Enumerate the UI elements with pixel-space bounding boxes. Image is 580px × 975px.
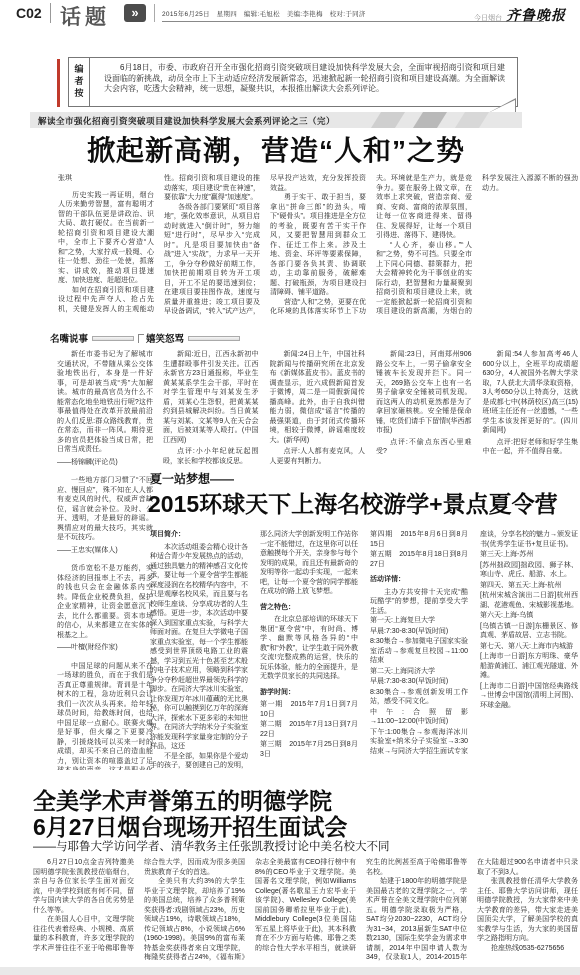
blk-head: 游学时间：: [260, 688, 358, 698]
date-line: 2015年6月25日 星期四 编辑:毛旭松 美编:李艳梅 校对:于同济: [162, 9, 366, 18]
xixiao-columns: 新闻:近日，江西永新初中生遭群殴事件引发关注。江西永新官方23日通报称，毕业生黄…: [163, 350, 578, 471]
blk-line: 第一期 2015年7月1日到7月10日: [260, 700, 358, 719]
blk-line: 第二期 2015年7月13日到7月22日: [260, 720, 358, 739]
q-author: ——杨锦麟(评论员): [57, 458, 151, 468]
section-head-label: 名嘴说事: [50, 331, 88, 345]
blk-line: 第三期 2015年7月25日到8月3日: [260, 740, 358, 759]
item-comment: 点评:不偷点东西心里难受?: [376, 438, 472, 457]
main-headline: 掀起新高潮，营造“人和”之势: [30, 129, 522, 169]
blk-line: 中午:合照留影→11:00~12:00(中饭时间): [370, 708, 468, 727]
bracket-corner-icon: [138, 334, 144, 343]
mingzui-column: 新任市委书记为了解城市交通状况，不带随从乘公交体验地铁出行，本身是一件好事，可是…: [57, 350, 153, 770]
blk-line: 第七天、第八天:上海市内城游: [480, 642, 578, 652]
blk-line: 8:30集合→参观创新发明工作站，感受不同文化。: [370, 688, 468, 707]
accent-red-line: [57, 59, 60, 107]
page-number: C02: [16, 5, 42, 21]
camp-columns: 项目简介：本次活动组委会精心设计各种适合青少年发展热点的活动，通过独具魅力的精神…: [150, 530, 578, 773]
bottom-article-columns: 6月27日10点金吉列特邀美国明德学院张凯教授莅临烟台，亲自与各位家长学生面对面…: [33, 858, 578, 968]
item-comment: 点评:小小年纪就玩起围殴，家长和学校都该反思。: [163, 447, 259, 466]
editor-note-text: 6月18日，市委、市政府召开全市强化招商引资突破项目建设加快科学发展大会，全面审…: [90, 58, 517, 106]
item-news: 新闻:24日上午，中国社科院新闻与传播研究所在北京发布《新媒体蓝皮书》。蓝皮书的…: [270, 350, 366, 445]
q-author: ——王忠实(媒体人): [57, 546, 151, 556]
masthead-paper-name: 齐鲁晚报: [506, 8, 566, 24]
blk-text: 主办方共安排十天完成“酷玩酷学”的梦想，提前享受大学生活。: [370, 588, 468, 617]
kicker-text: 解读全市强化招商引资突破项目建设加快科学发展大会系列评论之三（完）: [38, 115, 335, 127]
blk-line: 第三天:上海-苏州: [480, 550, 578, 560]
para: 张凯教授曾任清华大学教务主任、耶鲁大学访问讲师，现任明德学院教授，为大家带来中美…: [477, 877, 578, 944]
kicker-bar: 解读全市强化招商引资突破项目建设加快科学发展大会系列评论之三（完）: [30, 112, 522, 128]
section-title: 话题: [60, 1, 110, 31]
blk-line: 第一天:上海复旦大学: [370, 616, 468, 626]
masthead-region: 今日烟台: [474, 15, 502, 22]
q-text: 中国足球的问题从来不在一场球的胜负，而在于我们是否真正尊重规律。青训是十年树木的…: [57, 662, 153, 771]
blk-head: 项目简介：: [150, 530, 248, 540]
blk-line: [乌镇古镇一日游]东栅景区、修真观、茅盾故居、立志书院。: [480, 622, 578, 641]
item-comment: 点评:把好老师和好学生集中在一起，并不值得自豪。: [483, 438, 579, 457]
editor-note-label: 编者按: [73, 64, 86, 100]
kicker-stripe: [371, 112, 405, 128]
newspaper-page: C02 话题 » 2015年6月25日 星期四 编辑:毛旭松 美编:李艳梅 校对…: [0, 0, 580, 975]
camp-kicker-label: 夏一站梦想——: [150, 470, 234, 487]
blk-line: 第六天:上海-乌镇: [480, 611, 578, 621]
byline: 张琪: [58, 174, 154, 184]
blk-line: [苏州拙政园]拙政园、狮子林、寒山寺、虎丘、船游、水上。: [480, 561, 578, 580]
para: 抢座热线0535-6275656: [477, 944, 578, 954]
item-comment: 点评:人人都有麦克风，人人更要有判断力。: [270, 447, 366, 466]
para: 勇于实干、敢于担当，要拿出“拼命三郎”的劲头，啃下“硬骨头”。项目推进是全方位的…: [270, 193, 366, 298]
blk-line: [上海市二日游]中国馆经典路线→世博会中国馆(清明上河图)、环球金融。: [480, 682, 578, 711]
blk-head: 活动详情：: [370, 575, 468, 585]
section-head-rule: [188, 336, 240, 341]
para: 历史实践一再证明，烟台人历来勤劳智慧，富有聪明才智的干部队伍更是讲政治、识大局、…: [58, 191, 154, 286]
blk-line: [上海市一日游]东方明珠、豪华船游黄浦江、浦江观光隧道、外滩。: [480, 652, 578, 681]
section-head-label: 嬉笑怒骂: [146, 331, 184, 345]
item-news: 新闻:近日，江西永新初中生遭群殴事件引发关注。江西永新官方23日通报称，毕业生黄…: [163, 350, 259, 445]
section-head-xixiao: 嬉笑怒骂: [138, 331, 240, 345]
q-text: 一些地方部门习惯了“不回应、慢回应”，殊不知在人人都有麦克风的时代，权威声音缺位…: [57, 476, 153, 543]
q-text: 货币宽松不是万能药，实体经济的回报率上不去，再多的钱也只会在金融体系内空转。降低…: [57, 564, 153, 640]
editor-note-box: 编者按 6月18日，市委、市政府召开全市强化招商引资突破项目建设加快科学发展大会…: [68, 57, 518, 107]
blk-line: 早晨:7:30-8:30(早饭时间): [370, 677, 468, 687]
q-author: ——叶檀(财经作家): [57, 643, 151, 653]
blk-line: 第二天:上海同济大学: [370, 667, 468, 677]
camp-headline: 2015环球天下上海名校游学+景点夏令营: [148, 486, 558, 519]
blk-line: [杭州宋城含演出二日游]杭州西湖、花港观鱼、宋城影视基地。: [480, 591, 578, 610]
blk-line: 第四天、第五天:上海-杭州: [480, 581, 578, 591]
header-divider: [50, 3, 51, 23]
item-news: 新闻:23日，河南郑州906路公交车上，一男子偷拿安全锤被车长发现并拦下。同一天…: [376, 350, 472, 436]
page-edge-shadow: [0, 967, 580, 975]
masthead: 今日烟台齐鲁晚报: [474, 5, 566, 25]
header-divider: [154, 4, 155, 22]
blk-line: 第五期 2015年8月18日到8月27日: [370, 550, 468, 569]
blk-head: 营之特色：: [260, 603, 358, 613]
kicker-stripe: [413, 112, 447, 128]
blk-line: 第四期 2015年8月6日到8月15日: [370, 530, 468, 549]
blk-line: 8:30集合→参加微电子国家实验室活动→参观复旦校园→11:00结束: [370, 637, 468, 666]
blk-line: 早晨:7:30-8:30(早饭时间): [370, 627, 468, 637]
bottom-subheadline: ——与耶鲁大学访问学者、清华教务主任张凯教授讨论中美名校大不同: [33, 838, 390, 854]
para: 6月27日10点金吉列特邀美国明德学院张凯教授莅临烟台，亲自与各位家长学生面对面…: [33, 858, 134, 915]
blk-text: 在北京总部培训的环球天下集团“夏令营”中，有时尚、博学、幽默等风格各异的“中教”…: [260, 615, 358, 682]
q-text: 新任市委书记为了解城市交通状况，不带随从乘公交体验地铁出行，本身是一件好事，可是…: [57, 350, 153, 455]
section-head-rule: [92, 336, 134, 341]
main-article-columns: 张琪历史实践一再证明，烟台人历来勤劳智慧，富有聪明才智的干部队伍更是讲政治、识大…: [58, 174, 578, 322]
speech-quote-icon: »: [124, 4, 146, 22]
editor-note-tab: 编者按: [69, 58, 90, 106]
section-head-mingzui: 名嘴说事: [50, 331, 134, 345]
item-news: 新闻:54人参加高考46人600分以上，全班平均成绩超630分，4人被国外名牌大…: [483, 350, 579, 436]
kicker-stripe: [455, 112, 489, 128]
blk-text: 本次活动组委会精心设计各种适合青少年发展热点的活动，通过独具魅力的精神感召文化传…: [150, 543, 248, 752]
